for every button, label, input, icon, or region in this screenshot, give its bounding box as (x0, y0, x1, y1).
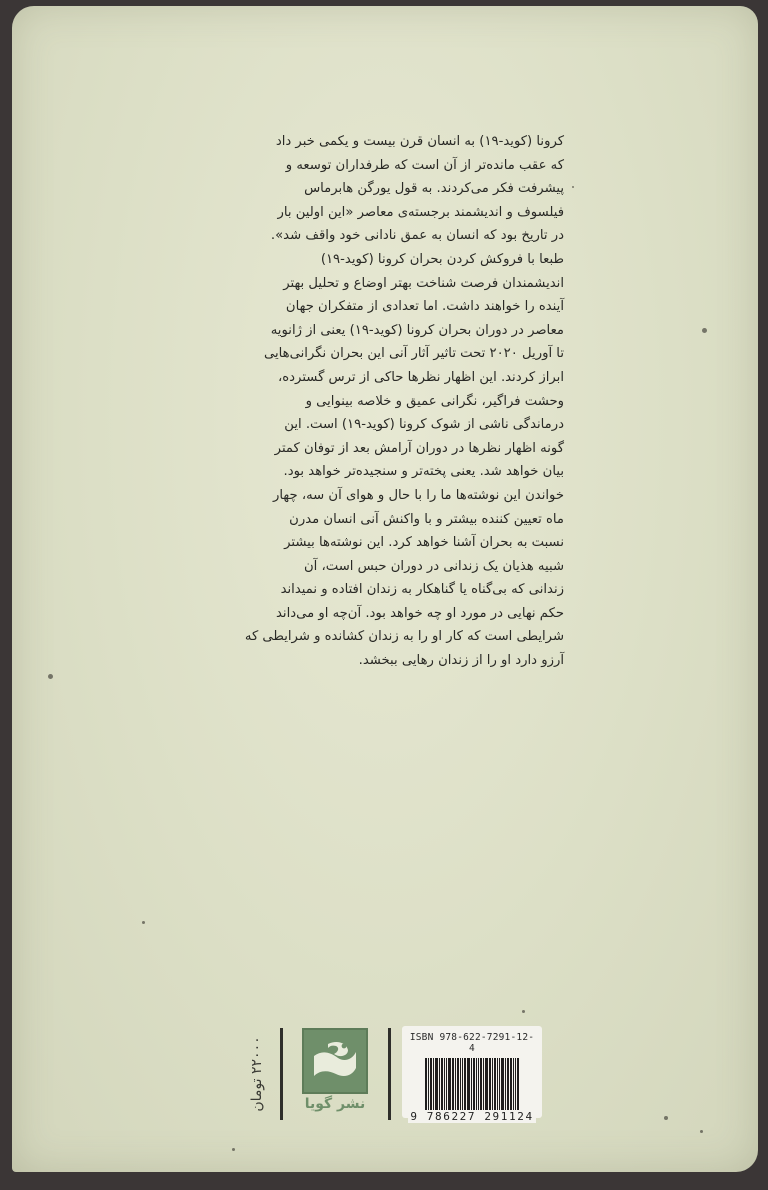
barcode-bars (408, 1058, 536, 1112)
isbn-barcode: ISBN 978-622-7291-12-4 9 786227 291124 (402, 1026, 542, 1118)
divider (280, 1028, 283, 1120)
blurb-line: که عقب مانده‌تر از آن است که طرفداران تو… (240, 154, 564, 178)
blurb-line: نسبت به بحران آشنا خواهد کرد. این نوشته‌… (240, 531, 564, 555)
blurb-line: بیان خواهد شد. یعنی پخته‌تر و سنجیده‌تر … (240, 460, 564, 484)
blurb-line: زندانی که بی‌گناه یا گناهکار به زندان اف… (240, 578, 564, 602)
price-label: ۲۲۰۰۰ تومان (240, 1024, 274, 1124)
blurb-line: در تاریخ بود که انسان به عمق نادانی خود … (240, 224, 564, 248)
blurb-line: اندیشمندان فرصت شناخت بهتر اوضاع و تحلیل… (240, 272, 564, 296)
blurb-line: شبیه هذیان یک زندانی در دوران حبس است، آ… (240, 555, 564, 579)
speck (48, 674, 53, 679)
barcode-digits: 9 786227 291124 (408, 1110, 536, 1123)
blurb-line: خواندن این نوشته‌ها ما را با حال و هوای … (240, 484, 564, 508)
blurb-line: کرونا (کوید-۱۹) به انسان قرن بیست و یکمی… (240, 130, 564, 154)
blurb-line: فیلسوف و اندیشمند برجسته‌ی معاصر «این او… (240, 201, 564, 225)
blurb-line: تا آوریل ۲۰۲۰ تحت تاثیر آثار آنی این بحر… (240, 342, 564, 366)
blurb-line: آرزو دارد او را از زندان رهایی ببخشد. (240, 649, 564, 673)
blurb-line: ابراز کردند. این اظهار نظرها حاکی از ترس… (240, 366, 564, 390)
speck (142, 921, 145, 924)
publisher-block: نشر گویا (302, 1028, 368, 1124)
blurb-line: ماه تعیین کننده بیشتر و با واکنش آنی انس… (240, 508, 564, 532)
blurb-line: شرایطی است که کار او را به زندان کشانده … (240, 625, 564, 649)
blurb-line: معاصر در دوران بحران کرونا (کوید-۱۹) یعن… (240, 319, 564, 343)
publisher-logo-glyph-icon (308, 1034, 362, 1088)
book-back-cover: کرونا (کوید-۱۹) به انسان قرن بیست و یکمی… (12, 6, 758, 1172)
blurb-line: آینده را خواهند داشت. اما تعدادی از متفک… (240, 295, 564, 319)
speck (700, 1130, 703, 1133)
divider (388, 1028, 391, 1120)
speck (664, 1116, 668, 1120)
blurb-line: پیشرفت فکر می‌کردند. به قول یورگن هابرما… (240, 177, 564, 201)
isbn-label: ISBN 978-622-7291-12-4 (408, 1032, 536, 1054)
publisher-strip: ۲۲۰۰۰ تومان نشر گویا ISBN 978-622-7291-1… (240, 1024, 540, 1124)
blurb-line: حکم نهایی در مورد او چه خواهد بود. آن‌چه… (240, 602, 564, 626)
publisher-name: نشر گویا (302, 1096, 368, 1112)
speck (522, 1010, 525, 1013)
speck (702, 328, 707, 333)
publisher-logo-icon (302, 1028, 368, 1094)
blurb-line: طبعا با فروکش کردن بحران کرونا (کوید-۱۹) (240, 248, 564, 272)
blurb-line: گونه اظهار نظرها در دوران آرامش بعد از ت… (240, 437, 564, 461)
blurb-line: وحشت فراگیر، نگرانی عمیق و خلاصه بینوایی… (240, 390, 564, 414)
speck (572, 186, 574, 188)
blurb-line: درماندگی ناشی از شوک کرونا (کوید-۱۹) است… (240, 413, 564, 437)
speck (232, 1148, 235, 1151)
price-text: ۲۲۰۰۰ تومان (249, 1036, 265, 1111)
back-cover-blurb: کرونا (کوید-۱۹) به انسان قرن بیست و یکمی… (240, 130, 564, 673)
